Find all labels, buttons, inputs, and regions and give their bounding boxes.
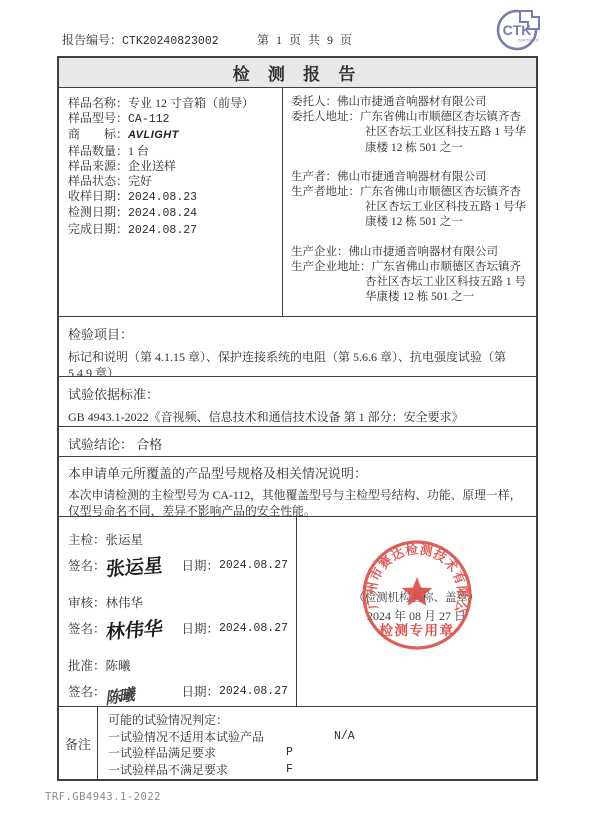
- producer-address-row: 生产者地址：广东省佛山市顺德区杏坛镇齐杏社区杏坛工业区科技五路 1 号华康楼 1…: [291, 185, 531, 231]
- coverage-section: 本申请单元所覆盖的产品型号规格及相关情况说明： 本次申请检测的主检型号为 CA-…: [59, 456, 536, 516]
- standard-text: GB 4943.1-2022《音视频、信息技术和通信技术设备 第 1 部分：安全…: [68, 409, 527, 425]
- sample-info-column: 样品名称：专业 12 寸音箱（前导） 样品型号：CA-112 商 标：AVLIG…: [59, 88, 282, 316]
- role-name: 陈曦: [106, 659, 131, 673]
- field-value: 2024.08.23: [128, 191, 197, 204]
- field-value: 企业送样: [128, 159, 176, 173]
- field-label: 完成日期：: [68, 222, 128, 236]
- field-label: 样品数量：: [68, 144, 128, 158]
- field-value: 佛山市捷通音响器材有限公司: [349, 246, 499, 258]
- sample-qty-row: 样品数量：1 台: [68, 144, 276, 159]
- remark-body: 可能的试验情况判定： 一试验情况不适用本试验产品N/A 一试验样品满足要求P 一…: [98, 707, 536, 779]
- consignor-address-row: 委托人地址：广东省佛山市顺德区杏坛镇齐杏社区杏坛工业区科技五路 1 号华康楼 1…: [291, 110, 531, 156]
- report-number-label: 报告编号：: [62, 33, 122, 47]
- date-label: 日期：: [181, 619, 219, 637]
- field-label: 样品型号：: [68, 111, 128, 125]
- remark-section: 备注 可能的试验情况判定： 一试验情况不适用本试验产品N/A 一试验样品满足要求…: [59, 706, 536, 779]
- remark-text: 一试验样品满足要求: [108, 745, 286, 762]
- field-value: CA-112: [128, 113, 169, 126]
- field-value: 佛山市捷通音响器材有限公司: [337, 96, 487, 108]
- field-value: 1 台: [128, 144, 149, 158]
- receive-date-row: 收样日期：2024.08.23: [68, 189, 276, 205]
- role-label: 批准：: [68, 659, 106, 673]
- sign-label: 签名：: [68, 682, 106, 700]
- sample-name-row: 样品名称：专业 12 寸音箱（前导）: [68, 96, 276, 111]
- standard-section: 试验依据标准： GB 4943.1-2022《音视频、信息技术和通信技术设备 第…: [59, 376, 536, 426]
- sample-model-row: 样品型号：CA-112: [68, 111, 276, 127]
- handwritten-signature: 张运星: [105, 549, 183, 581]
- standard-label: 试验依据标准：: [68, 384, 527, 403]
- role-row: 主检：张运星: [68, 530, 288, 548]
- footer-reference: TRF.GB4943.1-2022: [45, 791, 161, 803]
- ctk-logo: CTK CERTIFIED: [492, 3, 548, 55]
- role-name: 张运星: [106, 533, 144, 547]
- remark-item: 一试验样品满足要求P: [108, 745, 528, 762]
- remark-code: P: [286, 745, 293, 762]
- field-value: 专业 12 寸音箱（前导）: [128, 96, 254, 110]
- sample-state-row: 样品状态：完好: [68, 174, 276, 189]
- coverage-text: 本次申请检测的主检型号为 CA-112，其他覆盖型号与主检型号结构、功能、原理一…: [68, 488, 527, 516]
- field-label: 收样日期：: [68, 189, 128, 203]
- sample-source-row: 样品来源：企业送样: [68, 159, 276, 174]
- field-label: 生产企业：: [291, 246, 349, 258]
- signature-row: 签名： 张运星 日期：2024.08.27: [68, 551, 288, 579]
- field-value: 广东省佛山市顺德区杏坛镇齐杏社区杏坛工业区科技五路 1 号华康楼 12 栋 50…: [360, 186, 526, 228]
- report-page: 报告编号：CTK20240823002 第 1 页 共 9 页 CTK CERT…: [0, 0, 596, 838]
- field-label: 样品名称：: [68, 96, 128, 110]
- company-seal: 广州市赛达检测技术有限公司 检测专用章: [359, 537, 475, 653]
- field-label: 样品状态：: [68, 174, 128, 188]
- logo-text: CTK: [503, 22, 532, 38]
- field-label: 生产者：: [291, 171, 337, 183]
- test-date-row: 检测日期：2024.08.24: [68, 205, 276, 221]
- report-number-value: CTK20240823002: [122, 35, 219, 48]
- date-value: 2024.08.27: [219, 559, 288, 572]
- party-info-column: 委托人：佛山市捷通音响器材有限公司 委托人地址：广东省佛山市顺德区杏坛镇齐杏社区…: [282, 88, 536, 316]
- role-label: 审核：: [68, 596, 106, 610]
- field-label: 生产企业地址：: [291, 261, 372, 273]
- signature-section: 主检：张运星 签名： 张运星 日期：2024.08.27 审核：林伟华 签名： …: [59, 516, 536, 706]
- remark-code: N/A: [334, 729, 355, 746]
- handwritten-signature: 陈曦: [105, 673, 183, 706]
- field-label: 检测日期：: [68, 205, 128, 219]
- field-label: 样品来源：: [68, 159, 128, 173]
- manufacturer-address-row: 生产企业地址：广东省佛山市顺德区杏坛镇齐杏社区杏坛工业区科技五路 1 号华康楼 …: [291, 260, 531, 306]
- date-label: 日期：: [181, 682, 219, 700]
- field-label: 商 标：: [68, 127, 128, 141]
- chief-inspector-block: 主检：张运星 签名： 张运星 日期：2024.08.27: [68, 530, 288, 579]
- seal-company-text: 广州市赛达检测技术有限公司: [359, 537, 469, 615]
- report-title: 检 测 报 告: [59, 58, 536, 87]
- sign-label: 签名：: [68, 556, 106, 574]
- role-row: 批准：陈曦: [68, 656, 288, 674]
- role-label: 主检：: [68, 533, 106, 547]
- seal-bottom-text: 检测专用章: [380, 622, 455, 638]
- stamp-column: （检测机构名称、盖章） 2024 年 08 月 27 日 广州市赛达检测技术有限…: [296, 517, 536, 706]
- remark-item: 一试验情况不适用本试验产品N/A: [108, 729, 528, 746]
- approver-block: 批准：陈曦 签名： 陈曦 日期：2024.08.27: [68, 656, 288, 705]
- handwritten-signature: 林伟华: [105, 612, 183, 644]
- conclusion-label: 试验结论：: [68, 437, 133, 452]
- date-label: 日期：: [181, 556, 219, 574]
- conclusion-section: 试验结论： 合格: [59, 426, 536, 456]
- field-value: 2024.08.24: [128, 207, 197, 220]
- field-value: 完好: [128, 174, 152, 188]
- info-section: 样品名称：专业 12 寸音箱（前导） 样品型号：CA-112 商 标：AVLIG…: [59, 87, 536, 316]
- reviewer-block: 审核：林伟华 签名： 林伟华 日期：2024.08.27: [68, 593, 288, 642]
- signature-row: 签名： 林伟华 日期：2024.08.27: [68, 614, 288, 642]
- field-label: 委托人：: [291, 96, 337, 108]
- field-value: 佛山市捷通音响器材有限公司: [337, 171, 487, 183]
- test-items-text: 标记和说明（第 4.1.15 章）、保护连接系统的电阻（第 5.6.6 章）、抗…: [68, 349, 527, 376]
- consignor-row: 委托人：佛山市捷通音响器材有限公司: [291, 95, 531, 110]
- manufacturer-block: 生产企业：佛山市捷通音响器材有限公司 生产企业地址：广东省佛山市顺德区杏坛镇齐杏…: [291, 245, 531, 306]
- conclusion-value: 合格: [136, 437, 162, 452]
- report-number: 报告编号：CTK20240823002: [62, 31, 219, 48]
- role-row: 审核：林伟华: [68, 593, 288, 611]
- field-value: 2024.08.27: [128, 224, 197, 237]
- producer-row: 生产者：佛山市捷通音响器材有限公司: [291, 170, 531, 185]
- brand-logo: AVLIGHT: [128, 129, 179, 141]
- field-label: 生产者地址：: [291, 186, 360, 198]
- remark-text: 一试验情况不适用本试验产品: [108, 729, 286, 746]
- remark-heading: 可能的试验情况判定：: [108, 712, 528, 729]
- complete-date-row: 完成日期：2024.08.27: [68, 222, 276, 238]
- report-table: 检 测 报 告 样品名称：专业 12 寸音箱（前导） 样品型号：CA-112 商…: [57, 56, 538, 781]
- remark-item: 一试验样品不满足要求F: [108, 762, 528, 779]
- field-value: 广东省佛山市顺德区杏坛镇齐杏社区杏坛工业区科技五路 1 号华康楼 12 栋 50…: [365, 261, 526, 303]
- date-value: 2024.08.27: [219, 622, 288, 635]
- consignor-block: 委托人：佛山市捷通音响器材有限公司 委托人地址：广东省佛山市顺德区杏坛镇齐杏社区…: [291, 95, 531, 156]
- seal-star-icon: [402, 577, 432, 606]
- date-value: 2024.08.27: [219, 685, 288, 698]
- logo-subtext: CERTIFIED: [517, 38, 538, 43]
- role-name: 林伟华: [106, 596, 144, 610]
- remark-code: F: [286, 762, 293, 779]
- signature-row: 签名： 陈曦 日期：2024.08.27: [68, 677, 288, 705]
- coverage-label: 本申请单元所覆盖的产品型号规格及相关情况说明：: [68, 463, 527, 482]
- remark-label: 备注: [59, 707, 98, 779]
- producer-block: 生产者：佛山市捷通音响器材有限公司 生产者地址：广东省佛山市顺德区杏坛镇齐杏社区…: [291, 170, 531, 231]
- field-label: 委托人地址：: [291, 111, 360, 123]
- manufacturer-row: 生产企业：佛山市捷通音响器材有限公司: [291, 245, 531, 260]
- page-indicator: 第 1 页 共 9 页: [257, 31, 354, 48]
- field-value: 广东省佛山市顺德区杏坛镇齐杏社区杏坛工业区科技五路 1 号华康楼 12 栋 50…: [360, 111, 526, 153]
- test-items-label: 检验项目：: [68, 324, 527, 343]
- sign-label: 签名：: [68, 619, 106, 637]
- signatures-column: 主检：张运星 签名： 张运星 日期：2024.08.27 审核：林伟华 签名： …: [59, 517, 296, 706]
- trademark-row: 商 标：AVLIGHT: [68, 127, 276, 143]
- test-items-section: 检验项目： 标记和说明（第 4.1.15 章）、保护连接系统的电阻（第 5.6.…: [59, 316, 536, 376]
- remark-text: 一试验样品不满足要求: [108, 762, 286, 779]
